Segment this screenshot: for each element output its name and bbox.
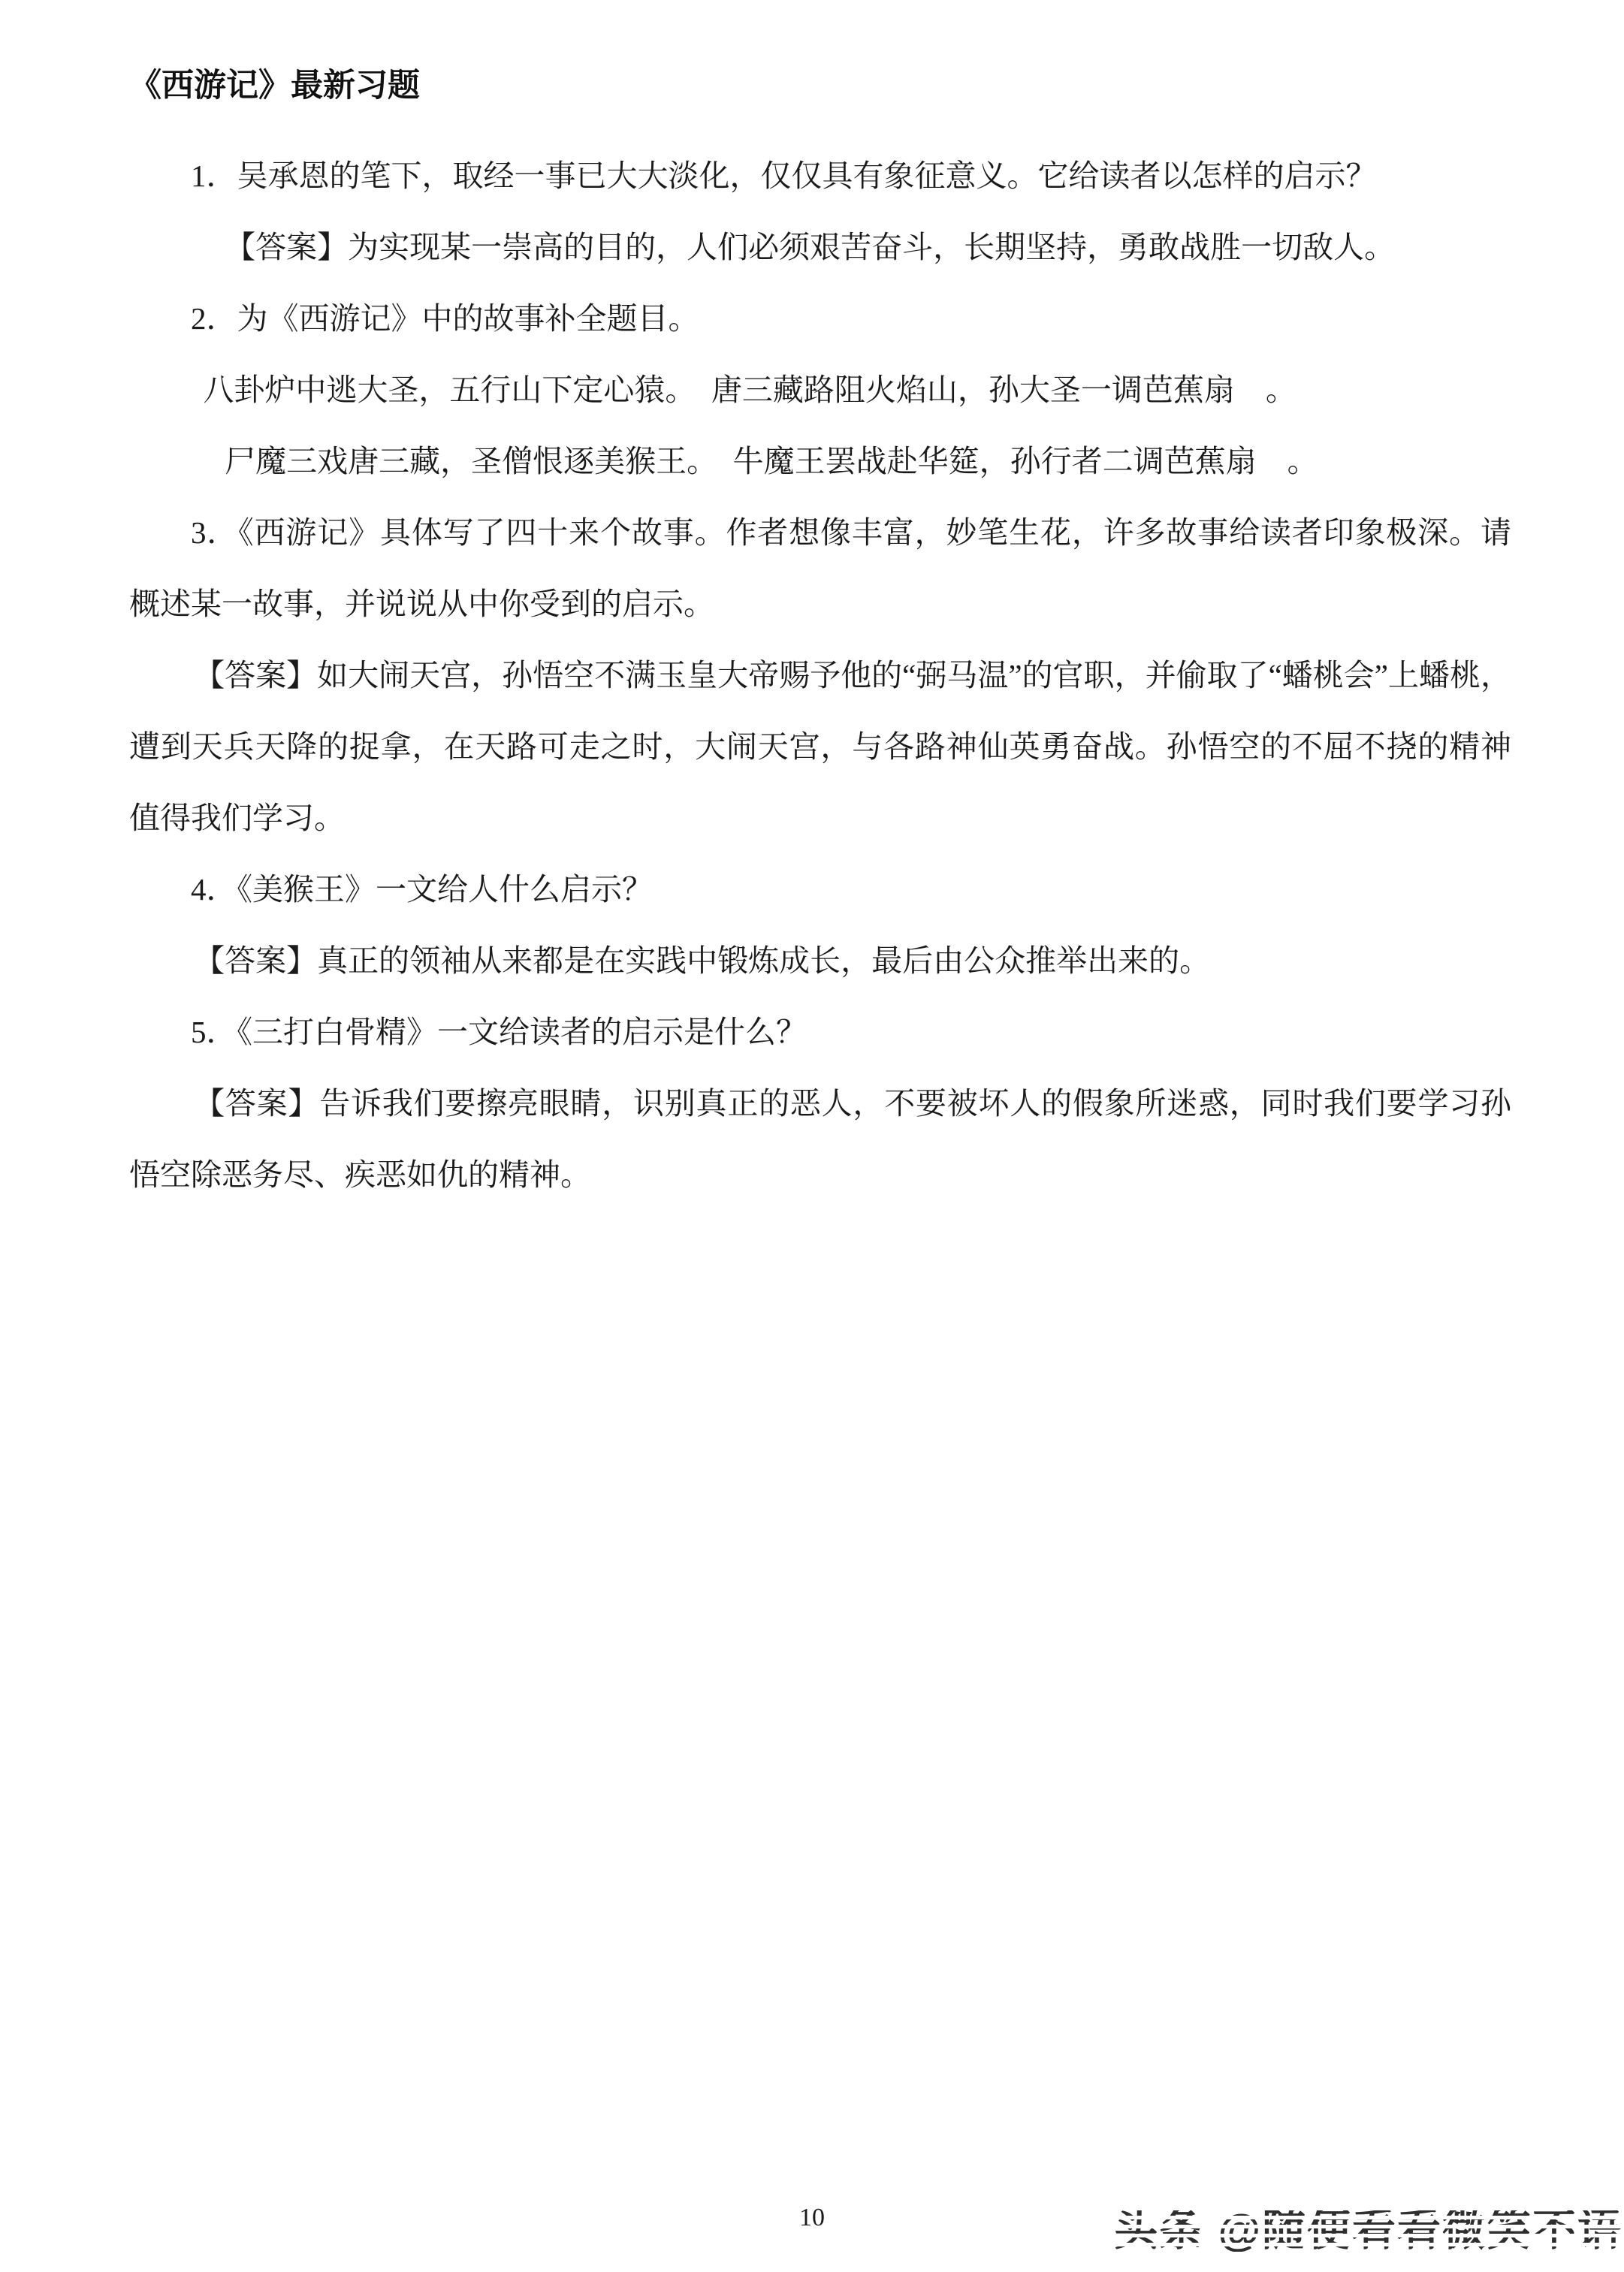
answer-5: 【答案】告诉我们要擦亮眼睛，识别真正的恶人，不要被坏人的假象所迷惑，同时我们要学…	[129, 1068, 1511, 1211]
fill-in-line-1: 八卦炉中逃大圣，五行山下定心猿。 唐三藏路阻火焰山，孙大圣一调芭蕉扇 。	[129, 355, 1511, 426]
answer-4: 【答案】真正的领袖从来都是在实践中锻炼成长，最后由公众推举出来的。	[129, 925, 1511, 997]
document-page: 《西游记》最新习题 1．吴承恩的笔下，取经一事已大大淡化，仅仅具有象征意义。它给…	[0, 0, 1624, 2272]
page-title: 《西游记》最新习题	[129, 64, 1511, 109]
question-5: 5．《三打白骨精》一文给读者的启示是什么？	[129, 997, 1511, 1068]
answer-3: 【答案】如大闹天宫，孙悟空不满玉皇大帝赐予他的“弼马温”的官职，并偷取了“蟠桃会…	[129, 640, 1511, 854]
question-1: 1．吴承恩的笔下，取经一事已大大淡化，仅仅具有象征意义。它给读者以怎样的启示？	[129, 140, 1511, 212]
question-2: 2．为《西游记》中的故事补全题目。	[129, 283, 1511, 355]
question-4: 4．《美猴王》一文给人什么启示？	[129, 854, 1511, 925]
toutiao-watermark: 头条 @随便看看微笑不语	[1114, 2201, 1622, 2260]
question-3: 3．《西游记》具体写了四十来个故事。作者想像丰富，妙笔生花，许多故事给读者印象极…	[129, 497, 1511, 640]
fill-in-line-2: 尸魔三戏唐三藏，圣僧恨逐美猴王。 牛魔王罢战赴华筵，孙行者二调芭蕉扇 。	[129, 426, 1511, 497]
answer-1: 【答案】为实现某一崇高的目的，人们必须艰苦奋斗，长期坚持，勇敢战胜一切敌人。	[129, 212, 1511, 283]
